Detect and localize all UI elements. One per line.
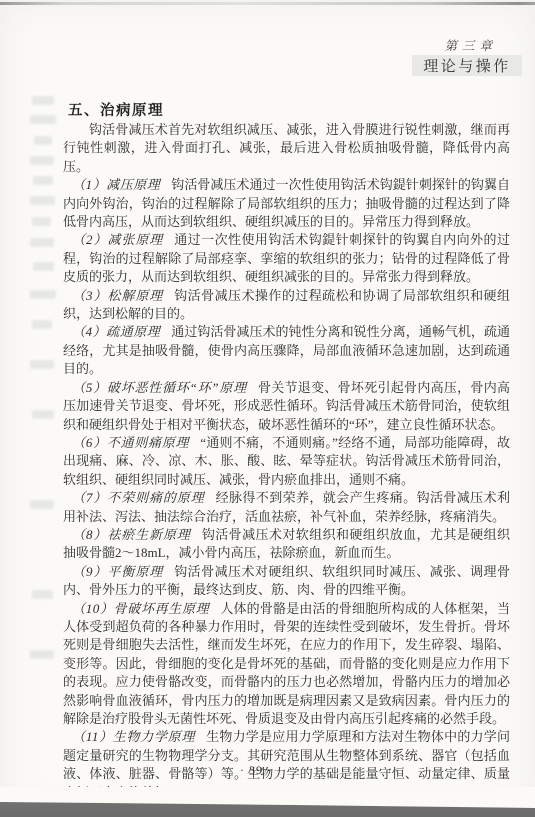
bleedthrough-artifact (32, 410, 54, 419)
bleedthrough-artifact (30, 156, 54, 165)
paragraph-2: （2）减张原理通过一次性使用钩活术钩鍉针刺探针的钩翼自内向外的过程，钩治的过程解… (63, 231, 510, 286)
bleedthrough-artifact (30, 196, 55, 205)
paragraph-7: （7）不荣则痛的原理经脉得不到荣养，就会产生疼痛。钩活骨减压术利用补法、泻法、抽… (63, 489, 510, 526)
paragraph-9: （9）平衡原理钩活骨减压术对硬组织、软组织同时减压、减张、调理骨内、骨外压力的平… (63, 563, 510, 600)
bleedthrough-artifact (30, 290, 56, 299)
bleedthrough-artifact (32, 320, 52, 329)
scan-top-edge (0, 2, 535, 5)
bleedthrough-artifact (33, 176, 53, 185)
chapter-title-band: 理论与操作 (412, 55, 522, 76)
bleedthrough-artifact (30, 650, 54, 659)
paragraph-label: （1）减压原理 (72, 177, 160, 192)
bleedthrough-artifact (32, 217, 51, 226)
paragraph-label: （3）松解原理 (72, 288, 163, 303)
bleedthrough-artifact (30, 238, 54, 247)
chapter-title: 理论与操作 (423, 55, 511, 76)
paragraph-label: （5）破坏恶性循环“环”原理 (72, 380, 247, 395)
paragraph-label: （10）骨破坏再生原理 (72, 601, 209, 616)
paragraph-label: （2）减张原理 (72, 232, 163, 247)
scanned-book-page: 第三章 理论与操作 五、治病原理 钩活骨减压术首先对软组织减压、减张，进入骨膜进… (0, 0, 535, 817)
paragraph-label: （6）不通则痛原理 (72, 435, 189, 450)
paragraph-label: （11）生物力学原理 (72, 729, 195, 744)
paragraph-label: （9）平衡原理 (72, 564, 163, 579)
paragraph-6: （6）不通则痛原理“通则不痛，不通则痛。”经络不通，局部功能障碍，故出现痛、麻、… (63, 434, 510, 489)
bleedthrough-artifact (34, 136, 52, 145)
paragraph-intro: 钩活骨减压术首先对软组织减压、减张，进入骨膜进行锐性刺激，继而再行钝性刺激，进入… (63, 121, 510, 176)
paragraph-text: 钩活骨减压术首先对软组织减压、减张，进入骨膜进行锐性刺激，继而再行钝性刺激，进入… (63, 122, 510, 174)
paragraph-1: （1）减压原理钩活骨减压术通过一次性使用钩活术钩鍉针刺探针的钩翼自内向外钩治，钩… (63, 176, 510, 231)
body-text: 钩活骨减压术首先对软组织减压、减张，进入骨膜进行锐性刺激，继而再行钝性刺激，进入… (63, 121, 510, 802)
bleedthrough-artifact (33, 262, 54, 271)
paragraph-10: （10）骨破坏再生原理人体的骨骼是由活的骨细胞所构成的人体框架，当人体受到超负荷… (63, 600, 510, 729)
section-heading: 五、治病原理 (68, 99, 164, 120)
chapter-label: 第三章 (444, 36, 497, 54)
paragraph-8: （8）祛瘀生新原理钩活骨减压术对软组织和硬组织放血，尤其是硬组织抽吸骨髓2～18… (63, 526, 510, 563)
paragraph-text: 人体的骨骼是由活的骨细胞所构成的人体框架，当人体受到超负荷的各种暴力作用时，骨架… (63, 601, 510, 726)
page-number: · 39 · (230, 763, 282, 778)
paragraph-4: （4）疏通原理通过钩活骨减压术的钝性分离和锐性分离，通畅气机，疏通经络，尤其是抽… (63, 323, 510, 378)
paragraph-3: （3）松解原理钩活骨减压术操作的过程疏松和协调了局部软组织和硬组织，达到松解的目… (63, 287, 510, 324)
bleedthrough-artifact (32, 96, 54, 105)
paragraph-label: （7）不荣则痛的原理 (72, 490, 205, 505)
bleedthrough-artifact (30, 500, 54, 509)
bleedthrough-artifact (30, 360, 54, 369)
bleedthrough-artifact (30, 115, 56, 124)
paragraph-label: （8）祛瘀生新原理 (72, 527, 191, 542)
bleedthrough-artifact (32, 590, 53, 599)
paragraph-5: （5）破坏恶性循环“环”原理骨关节退变、骨坏死引起骨内高压，骨内高压加速骨关节退… (63, 379, 510, 434)
paragraph-label: （4）疏通原理 (72, 324, 160, 339)
